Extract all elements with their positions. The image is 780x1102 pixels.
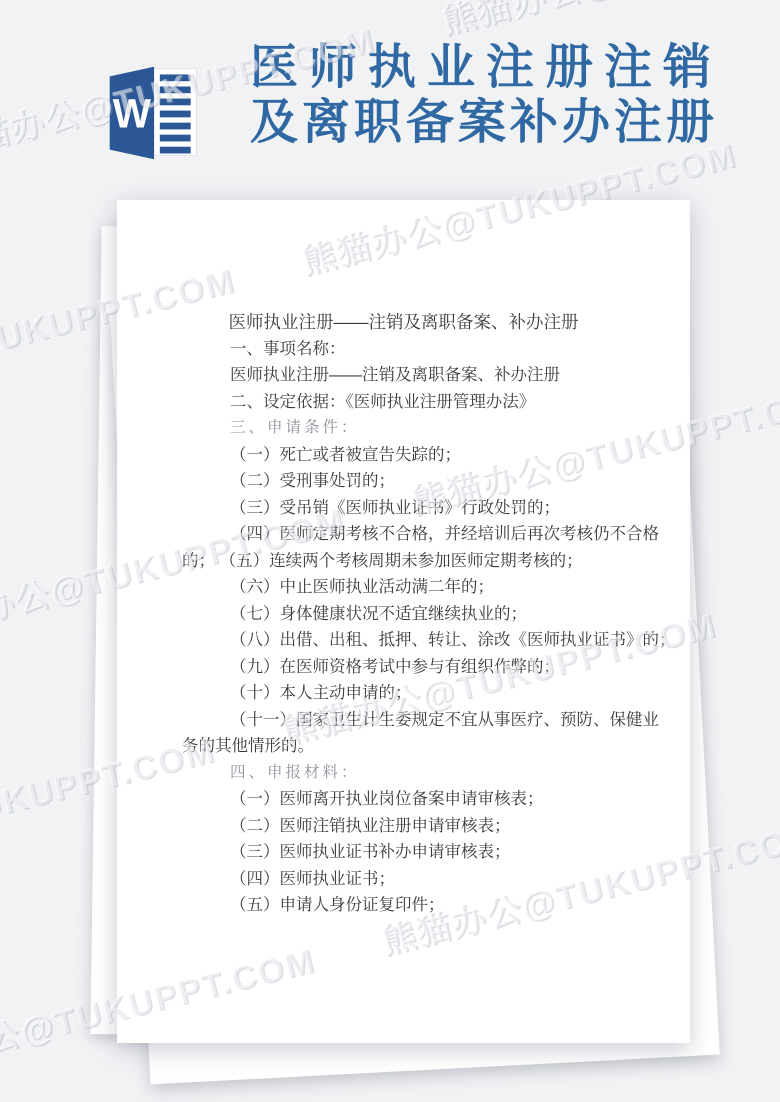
doc-line: 三、申请条件： [182,415,660,442]
doc-line: （十一）国家卫生计生委规定不宜从事医疗、预防、保健业 [182,707,660,734]
doc-line: 二、设定依据：《医师执业注册管理办法》 [182,389,660,416]
doc-line: （四）医师定期考核不合格，并经培训后再次考核仍不合格 [182,521,660,548]
doc-line: （九）在医师资格考试中参与有组织作弊的； [182,654,660,681]
doc-line: 医师执业注册——注销及离职备案、补办注册 [182,362,660,389]
doc-line: （四）医师执业证书； [182,866,660,893]
page-background: W 医师执业注册注销 及离职备案补办注册 医师执业注册——注销及离职备案、补办注… [0,0,780,1102]
doc-line: （八）出借、出租、抵押、转让、涂改《医师执业证书》的； [182,627,660,654]
word-icon-letter: W [113,90,152,136]
app-title: 医师执业注册注销 及离职备案补办注册 [250,40,722,150]
doc-line: 四、申报材料： [182,760,660,787]
doc-line: （二）受刑事处罚的； [182,468,660,495]
doc-line: 务的其他情形的。 [182,733,660,760]
doc-line: （六）中止医师执业活动满二年的； [182,574,660,601]
doc-line: （五）申请人身份证复印件； [182,892,660,919]
doc-line: （三）受吊销《医师执业证书》行政处罚的； [182,495,660,522]
app-title-line1: 医师执业注册注销 [250,40,722,95]
doc-line: 的； （五）连续两个考核周期未参加医师定期考核的； [182,548,660,575]
doc-line: （二）医师注销执业注册申请审核表； [182,813,660,840]
doc-line: （七）身体健康状况不适宜继续执业的； [182,601,660,628]
word-icon: W [102,60,208,166]
app-title-line2: 及离职备案补办注册 [250,95,722,150]
doc-line: （一）死亡或者被宣告失踪的； [182,442,660,469]
doc-line: 医师执业注册——注销及离职备案、补办注册 [117,309,690,336]
doc-line: （一）医师离开执业岗位备案申请审核表； [182,786,660,813]
document-body: 医师执业注册——注销及离职备案、补办注册一、事项名称：医师执业注册——注销及离职… [182,309,660,919]
doc-line: 一、事项名称： [182,336,660,363]
doc-line: （十）本人主动申请的； [182,680,660,707]
doc-line: （三）医师执业证书补办申请审核表； [182,839,660,866]
document-page: 医师执业注册——注销及离职备案、补办注册一、事项名称：医师执业注册——注销及离职… [117,200,690,1043]
header: W 医师执业注册注销 及离职备案补办注册 [0,0,780,180]
